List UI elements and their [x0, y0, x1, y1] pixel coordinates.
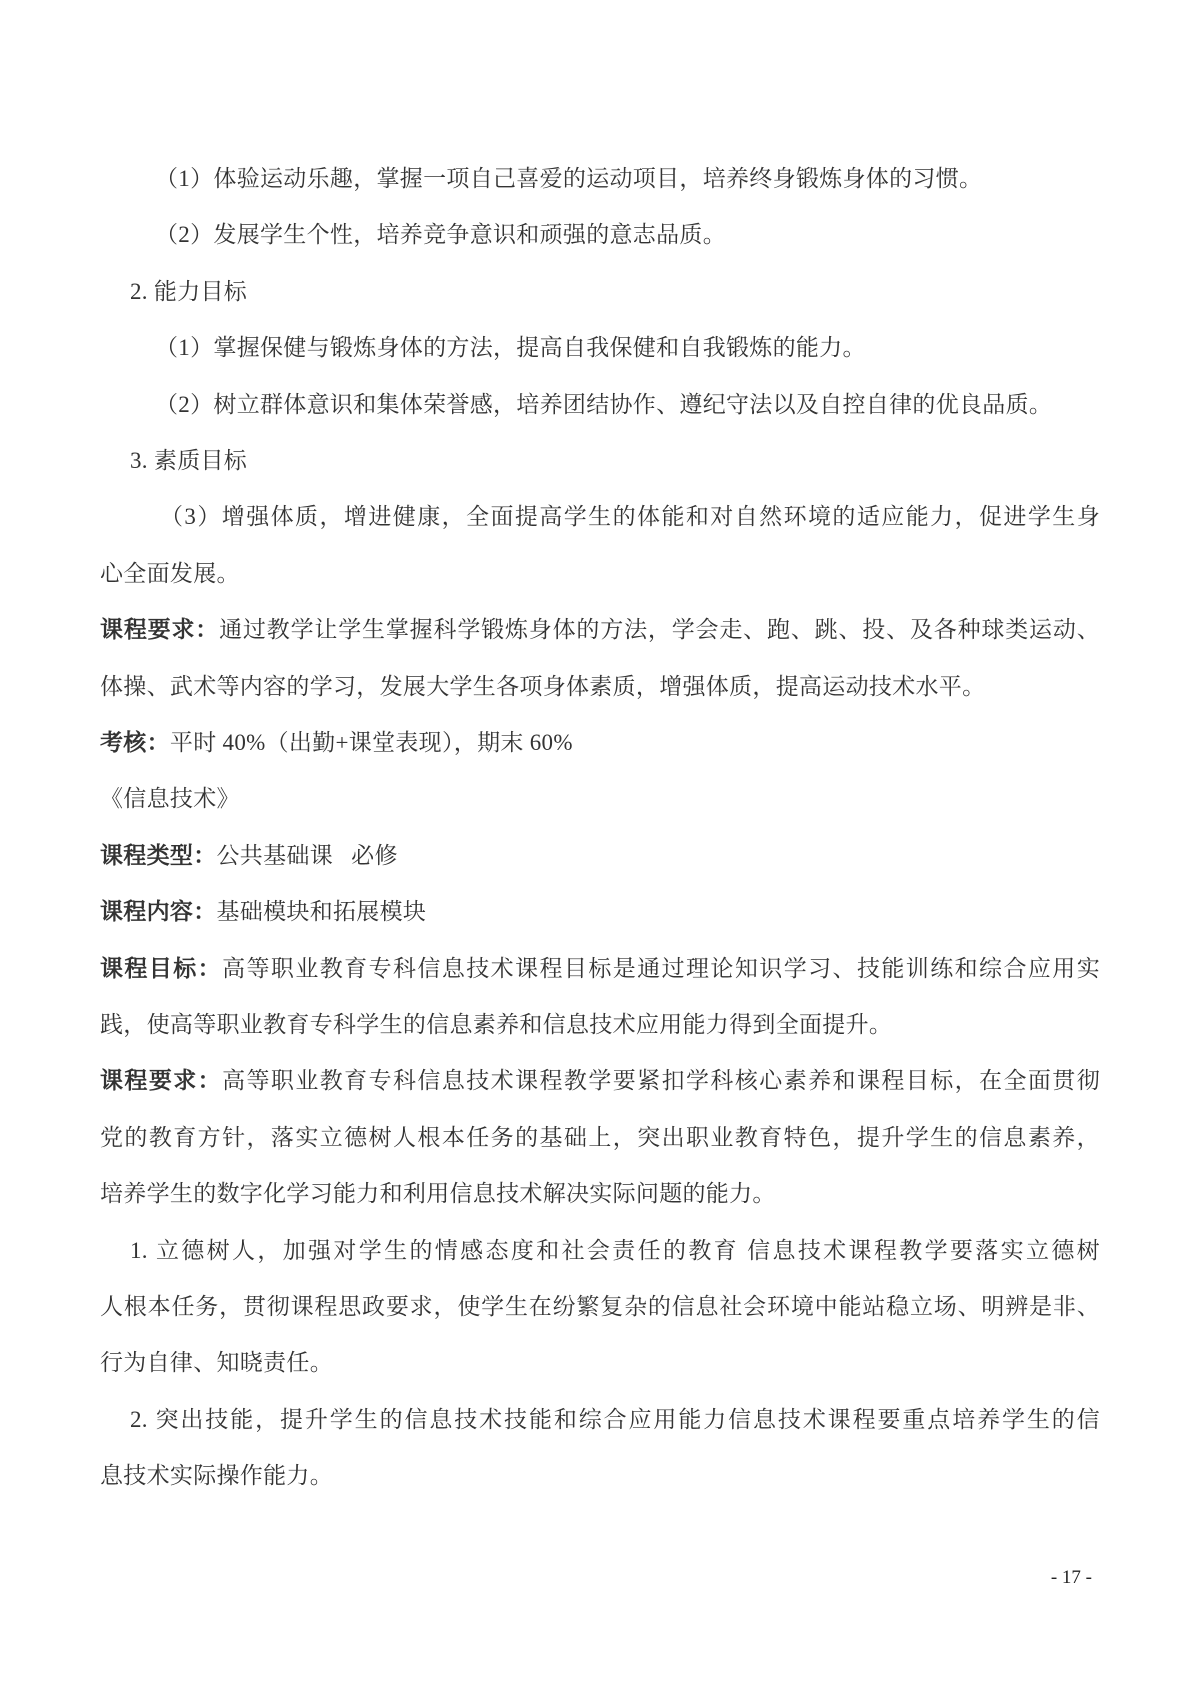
doc-line: 课程要求：高等职业教育专科信息技术课程教学要紧扣学科核心素养和课程目标，在全面贯… [100, 1052, 1100, 1109]
doc-line: （1）体验运动乐趣，掌握一项自己喜爱的运动项目，培养终身锻炼身体的习惯。 [100, 150, 1100, 207]
doc-line-text: 息技术实际操作能力。 [100, 1463, 333, 1488]
doc-line: 2. 能力目标 [100, 263, 1100, 320]
doc-line: （1）掌握保健与锻炼身体的方法，提高自我保健和自我锻炼的能力。 [100, 319, 1100, 376]
doc-line-text: （2）树立群体意识和集体荣誉感，培养团结协作、遵纪守法以及自控自律的优良品质。 [155, 392, 1052, 417]
doc-line-text: 基础模块和拓展模块 [217, 899, 427, 924]
doc-line-text: （1）掌握保健与锻炼身体的方法，提高自我保健和自我锻炼的能力。 [155, 335, 866, 360]
doc-line-text: 人根本任务，贯彻课程思政要求，使学生在纷繁复杂的信息社会环境中能站稳立场、明辨是… [100, 1294, 1100, 1319]
doc-line: 课程内容：基础模块和拓展模块 [100, 883, 1100, 940]
field-label: 课程要求： [100, 1068, 222, 1093]
doc-line: 《信息技术》 [100, 770, 1100, 827]
doc-line: 体操、武术等内容的学习，发展大学生各项身体素质，增强体质，提高运动技术水平。 [100, 658, 1100, 715]
doc-line: 心全面发展。 [100, 545, 1100, 602]
doc-line: 培养学生的数字化学习能力和利用信息技术解决实际问题的能力。 [100, 1165, 1100, 1222]
field-label: 考核： [100, 730, 170, 755]
doc-line: 课程目标：高等职业教育专科信息技术课程目标是通过理论知识学习、技能训练和综合应用… [100, 940, 1100, 997]
doc-line: 党的教育方针，落实立德树人根本任务的基础上，突出职业教育特色，提升学生的信息素养… [100, 1109, 1100, 1166]
doc-line-text: 《信息技术》 [100, 786, 240, 811]
doc-line: 践，使高等职业教育专科学生的信息素养和信息技术应用能力得到全面提升。 [100, 996, 1100, 1053]
doc-line-text: 心全面发展。 [100, 561, 240, 586]
doc-line-text: （2）发展学生个性，培养竞争意识和顽强的意志品质。 [155, 222, 726, 247]
doc-line: 2. 突出技能，提升学生的信息技术技能和综合应用能力信息技术课程要重点培养学生的… [100, 1391, 1100, 1448]
field-label: 课程要求： [100, 617, 219, 642]
doc-line: 1. 立德树人，加强对学生的情感态度和社会责任的教育 信息技术课程教学要落实立德… [100, 1222, 1100, 1279]
field-label: 课程目标： [100, 956, 222, 981]
doc-line-text: （1）体验运动乐趣，掌握一项自己喜爱的运动项目，培养终身锻炼身体的习惯。 [155, 166, 982, 191]
doc-line-text: 行为自律、知晓责任。 [100, 1350, 333, 1375]
field-label: 课程内容： [100, 899, 217, 924]
doc-line-text: 践，使高等职业教育专科学生的信息素养和信息技术应用能力得到全面提升。 [100, 1012, 892, 1037]
doc-line: 课程类型：公共基础课 必修 [100, 827, 1100, 884]
doc-line-text: 通过教学让学生掌握科学锻炼身体的方法，学会走、跑、跳、投、及各种球类运动、 [219, 617, 1100, 642]
doc-line: （2）树立群体意识和集体荣誉感，培养团结协作、遵纪守法以及自控自律的优良品质。 [100, 376, 1100, 433]
doc-line-text: 2. 突出技能，提升学生的信息技术技能和综合应用能力信息技术课程要重点培养学生的… [130, 1407, 1100, 1432]
doc-line-text: （3）增强体质，增进健康，全面提高学生的体能和对自然环境的适应能力，促进学生身 [160, 504, 1100, 529]
doc-line: 考核：平时 40%（出勤+课堂表现），期末 60% [100, 714, 1100, 771]
doc-line: 息技术实际操作能力。 [100, 1447, 1100, 1504]
doc-line-text: 3. 素质目标 [130, 448, 247, 473]
doc-line-text: 平时 40%（出勤+课堂表现），期末 60% [170, 730, 573, 755]
doc-line-text: 公共基础课 必修 [217, 843, 398, 868]
doc-line-text: 培养学生的数字化学习能力和利用信息技术解决实际问题的能力。 [100, 1181, 776, 1206]
doc-line: （3）增强体质，增进健康，全面提高学生的体能和对自然环境的适应能力，促进学生身 [100, 488, 1100, 545]
doc-line: 3. 素质目标 [100, 432, 1100, 489]
doc-line-text: 2. 能力目标 [130, 279, 247, 304]
doc-line-text: 体操、武术等内容的学习，发展大学生各项身体素质，增强体质，提高运动技术水平。 [100, 674, 985, 699]
doc-line-text: 党的教育方针，落实立德树人根本任务的基础上，突出职业教育特色，提升学生的信息素养… [100, 1125, 1100, 1150]
doc-line: 课程要求：通过教学让学生掌握科学锻炼身体的方法，学会走、跑、跳、投、及各种球类运… [100, 601, 1100, 658]
doc-line-text: 1. 立德树人，加强对学生的情感态度和社会责任的教育 信息技术课程教学要落实立德… [130, 1238, 1100, 1263]
doc-line-text: 高等职业教育专科信息技术课程教学要紧扣学科核心素养和课程目标，在全面贯彻 [222, 1068, 1100, 1093]
doc-line: （2）发展学生个性，培养竞争意识和顽强的意志品质。 [100, 206, 1100, 263]
document-page: （1）体验运动乐趣，掌握一项自己喜爱的运动项目，培养终身锻炼身体的习惯。 （2）… [0, 0, 1199, 1696]
doc-line: 行为自律、知晓责任。 [100, 1334, 1100, 1391]
page-number: - 17 - [100, 1563, 1092, 1593]
doc-line: 人根本任务，贯彻课程思政要求，使学生在纷繁复杂的信息社会环境中能站稳立场、明辨是… [100, 1278, 1100, 1335]
field-label: 课程类型： [100, 843, 217, 868]
doc-line-text: 高等职业教育专科信息技术课程目标是通过理论知识学习、技能训练和综合应用实 [222, 956, 1100, 981]
